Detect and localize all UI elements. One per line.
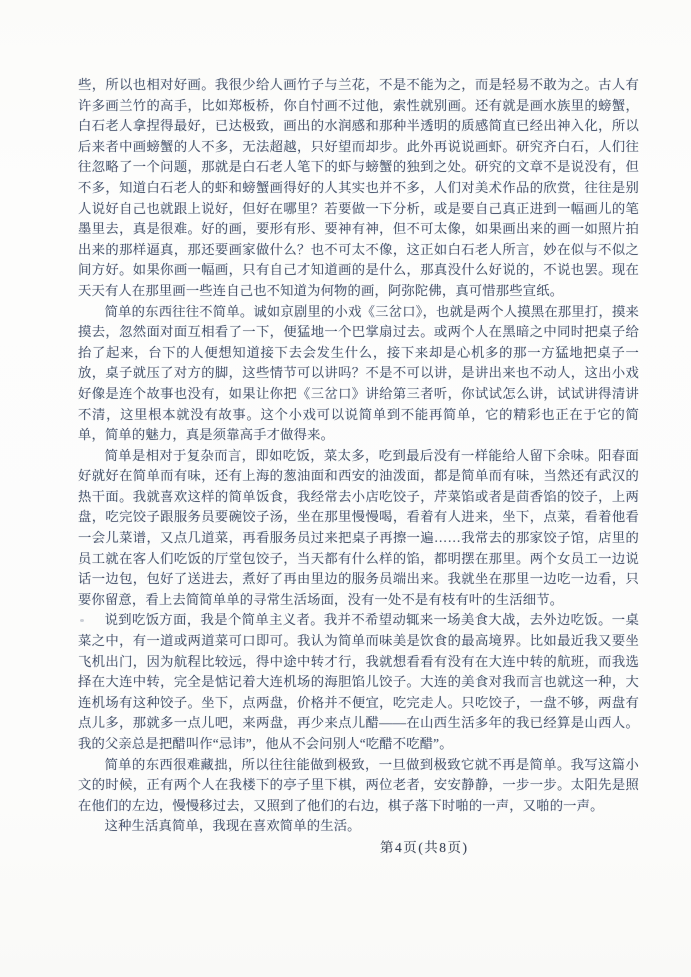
- paragraph-eating-simplist: 说到吃饭方面，我是个简单主义者。我并不希望动辄来一场美食大战，去外边吃饭。一桌菜…: [78, 610, 639, 754]
- paragraph-simple-food: 简单是相对于复杂而言，即如吃饭，菜太多，吃到最后没有一样能给人留下余味。阳春面好…: [78, 446, 639, 611]
- scanned-document-page: 些，所以也相对好画。我很少给人画竹子与兰花，不是不能为之，而是轻易不敢为之。古人…: [0, 0, 691, 977]
- paragraph-conclusion: 这种生活真简单，我现在喜欢简单的生活。: [78, 816, 639, 837]
- page-number: 第4页(共8页): [380, 838, 469, 858]
- article-body: 些，所以也相对好画。我很少给人画竹子与兰花，不是不能为之，而是轻易不敢为之。古人…: [78, 75, 639, 837]
- paragraph-sanchakou: 简单的东西往往不简单。诚如京剧里的小戏《三岔口》，也就是两个人摸黑在那里打，摸来…: [78, 302, 639, 446]
- paragraph-chess-under-sun: 简单的东西很难藏拙，所以往往能做到极致，一旦做到极致它就不再是简单。我写这篇小文…: [78, 755, 639, 817]
- paragraph-continuation: 些，所以也相对好画。我很少给人画竹子与兰花，不是不能为之，而是轻易不敢为之。古人…: [78, 75, 639, 302]
- scan-artifact-dot: [80, 619, 84, 622]
